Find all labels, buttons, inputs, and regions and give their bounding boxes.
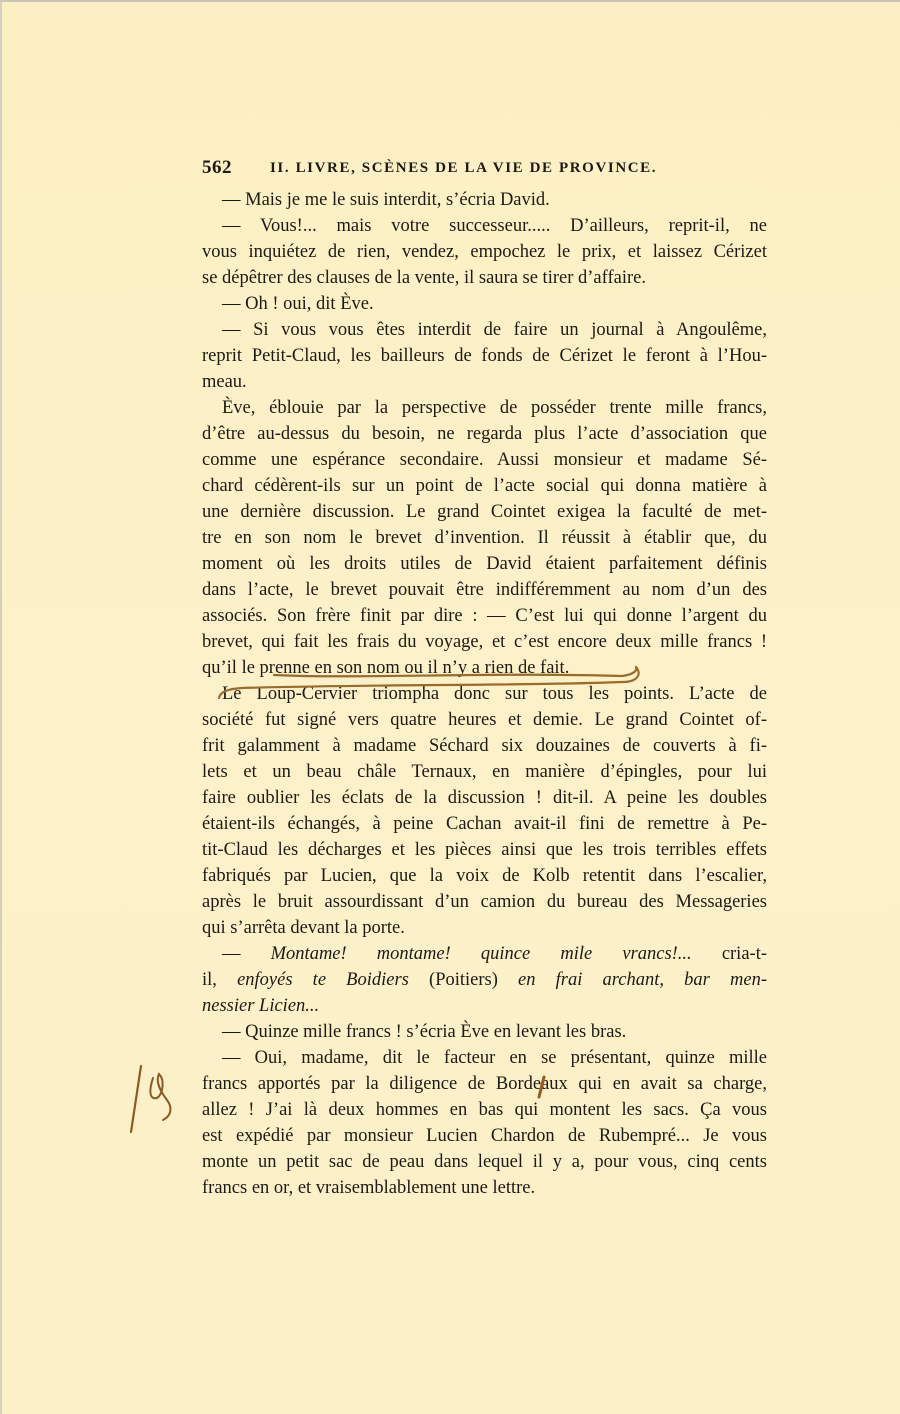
dialect-roman: (Poitiers)	[409, 970, 518, 990]
text-line: est expédié par monsieur Lucien Chardon …	[202, 1123, 767, 1149]
text-line-dialect: il, enfoyés te Boidiers (Poitiers) en fr…	[202, 967, 767, 993]
text-line: chard cédèrent-ils sur un point de l’act…	[202, 473, 767, 499]
dialect-italic: en frai archant, bar men-	[518, 970, 767, 990]
text-line: francs en or, et vraisemblablement une l…	[202, 1175, 767, 1201]
text-line: qui s’arrêta devant la porte.	[202, 915, 767, 941]
text-line: — Mais je me le suis interdit, s’écria D…	[202, 187, 767, 213]
text-line: associés. Son frère finit par dire : — C…	[202, 603, 767, 629]
text-line-dialect: — Montame! montame! quince mile vrancs!.…	[202, 941, 767, 967]
text-line: lets et un beau châle Ternaux, en manièr…	[202, 759, 767, 785]
text-line: se dépêtrer des clauses de la vente, il …	[202, 265, 767, 291]
text-line: comme une espérance secondaire. Aussi mo…	[202, 447, 767, 473]
text-line: étaient-ils échangés, à peine Cachan ava…	[202, 811, 767, 837]
text-line: allez ! J’ai là deux hommes en bas qui m…	[202, 1097, 767, 1123]
text-line: faire oublier les éclats de la discussio…	[202, 785, 767, 811]
text-line: — Oui, madame, dit le facteur en se prés…	[202, 1045, 767, 1071]
text-line: brevet, qui fait les frais du voyage, et…	[202, 629, 767, 655]
text-line: dans l’acte, le brevet pouvait être indi…	[202, 577, 767, 603]
text-line: francs apportés par la diligence de Bord…	[202, 1071, 767, 1097]
text-line: Le Loup-Cervier triompha donc sur tous l…	[202, 681, 767, 707]
text-line: monte un petit sac de peau dans lequel i…	[202, 1149, 767, 1175]
dialect-italic: enfoyés te Boidiers	[237, 970, 409, 990]
text-line: une dernière discussion. Le grand Cointe…	[202, 499, 767, 525]
margin-handwritten-note	[127, 1060, 187, 1140]
page-number: 562	[202, 157, 232, 179]
text-line: vous inquiétez de rien, vendez, empochez…	[202, 239, 767, 265]
dialect-italic: Montame! montame! quince mile vrancs!...	[271, 944, 692, 964]
dash: —	[222, 944, 271, 964]
text-line: — Si vous vous êtes interdit de faire un…	[202, 317, 767, 343]
text-line: fabriqués par Lucien, que la voix de Kol…	[202, 863, 767, 889]
dialect-roman: il,	[202, 970, 237, 990]
dialect-roman: cria-t-	[692, 944, 767, 964]
text-line: tit-Claud les décharges et les pièces ai…	[202, 837, 767, 863]
text-line: d’être au-dessus du besoin, ne regarda p…	[202, 421, 767, 447]
text-line: après le bruit assourdissant d’un camion…	[202, 889, 767, 915]
book-page: 562 II. LIVRE, SCÈNES DE LA VIE DE PROVI…	[0, 0, 900, 1414]
text-line: — Vous!... mais votre successeur..... D’…	[202, 213, 767, 239]
text-line-underlined: qu’il le prenne en son nom ou il n’y a r…	[202, 655, 767, 681]
text-line: — Quinze mille francs ! s’écria Ève en l…	[202, 1019, 767, 1045]
text-line: moment où les droits utiles de David éta…	[202, 551, 767, 577]
text-line: tre en son nom le brevet d’invention. Il…	[202, 525, 767, 551]
text-line: — Oh ! oui, dit Ève.	[202, 291, 767, 317]
text-line: société fut signé vers quatre heures et …	[202, 707, 767, 733]
text-line: frit galamment à madame Séchard six douz…	[202, 733, 767, 759]
text-line: meau.	[202, 369, 767, 395]
text-line-dialect: nessier Licien...	[202, 993, 767, 1019]
running-head: II. LIVRE, SCÈNES DE LA VIE DE PROVINCE.	[270, 160, 657, 177]
page-header: 562 II. LIVRE, SCÈNES DE LA VIE DE PROVI…	[202, 157, 777, 183]
text-line: Ève, éblouie par la perspective de possé…	[202, 395, 767, 421]
text-line: reprit Petit-Claud, les bailleurs de fon…	[202, 343, 767, 369]
